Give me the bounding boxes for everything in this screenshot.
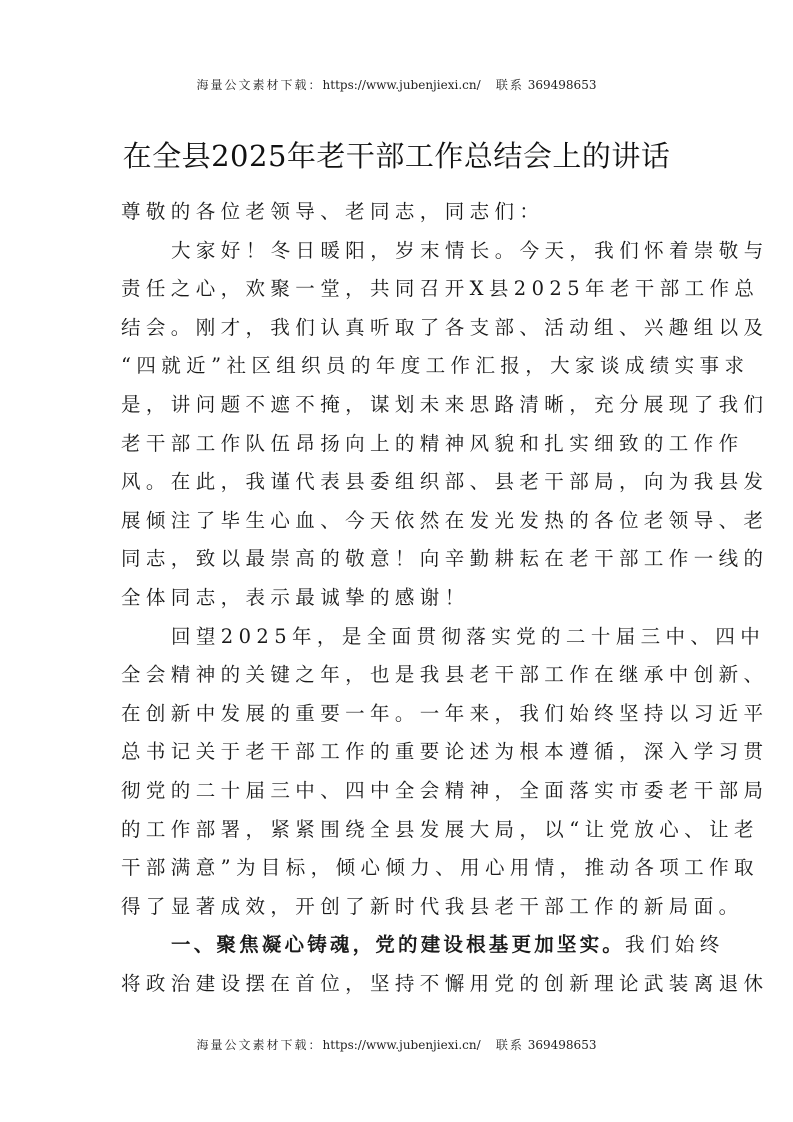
footer-url[interactable]: https://www.jubenjiexi.cn/ <box>323 1038 481 1052</box>
section-heading-tail: 我们始终 <box>625 933 725 956</box>
salutation: 尊敬的各位老领导、老同志，同志们： <box>121 193 673 232</box>
paragraph-line: 责任之心，欢聚一堂，共同召开X县2025年老干部工作总 <box>121 270 673 309</box>
footer-contact-number: 369498653 <box>528 1038 597 1052</box>
paragraph-line: 全体同志，表示最诚挚的感谢！ <box>121 579 673 618</box>
page-header: 海量公文素材下载：https://www.jubenjiexi.cn/ 联系 3… <box>0 76 793 93</box>
paragraph-line: 回望2025年，是全面贯彻落实党的二十届三中、四中 <box>121 618 673 657</box>
header-url[interactable]: https://www.jubenjiexi.cn/ <box>323 78 481 92</box>
paragraph-line: “四就近”社区组织员的年度工作汇报，大家谈成绩实事求 <box>121 347 673 386</box>
paragraph-line: 老干部工作队伍昂扬向上的精神风貌和扎实细致的工作作 <box>121 425 673 464</box>
section-heading: 一、聚焦凝心铸魂，党的建设根基更加坚实。 <box>171 933 625 956</box>
paragraph-line: 的工作部署，紧紧围绕全县发展大局，以“让党放心、让老 <box>121 811 673 850</box>
paragraph-line: 同志，致以最崇高的敬意！向辛勤耕耘在老干部工作一线的 <box>121 540 673 579</box>
document-body: 尊敬的各位老领导、老同志，同志们： 大家好！冬日暖阳，岁末情长。今天，我们怀着崇… <box>121 193 673 1003</box>
page-footer: 海量公文素材下载：https://www.jubenjiexi.cn/ 联系 3… <box>0 1036 793 1053</box>
paragraph-line: 结会。刚才，我们认真听取了各支部、活动组、兴趣组以及 <box>121 309 673 348</box>
paragraph-line: 风。在此，我谨代表县委组织部、县老干部局，向为我县发 <box>121 463 673 502</box>
document-title: 在全县2025年老干部工作总结会上的讲话 <box>0 134 793 175</box>
footer-download-label: 海量公文素材下载： <box>197 1038 323 1052</box>
header-contact-number: 369498653 <box>528 78 597 92</box>
paragraph-line: 总书记关于老干部工作的重要论述为根本遵循，深入学习贯 <box>121 733 673 772</box>
paragraph-line: 得了显著成效，开创了新时代我县老干部工作的新局面。 <box>121 888 673 927</box>
paragraph-line: 是，讲问题不遮不掩，谋划未来思路清晰，充分展现了我们 <box>121 386 673 425</box>
section-heading-line: 一、聚焦凝心铸魂，党的建设根基更加坚实。我们始终 <box>121 926 673 965</box>
paragraph-line: 全会精神的关键之年，也是我县老干部工作在继承中创新、 <box>121 656 673 695</box>
paragraph-line: 彻党的二十届三中、四中全会精神，全面落实市委老干部局 <box>121 772 673 811</box>
paragraph-line: 干部满意”为目标，倾心倾力、用心用情，推动各项工作取 <box>121 849 673 888</box>
paragraph-line: 展倾注了毕生心血、今天依然在发光发热的各位老领导、老 <box>121 502 673 541</box>
header-contact-label: 联系 <box>496 78 524 92</box>
paragraph-line: 大家好！冬日暖阳，岁末情长。今天，我们怀着崇敬与 <box>121 232 673 271</box>
header-download-label: 海量公文素材下载： <box>197 78 323 92</box>
paragraph-line: 将政治建设摆在首位，坚持不懈用党的创新理论武装离退休 <box>121 965 673 1004</box>
paragraph-line: 在创新中发展的重要一年。一年来，我们始终坚持以习近平 <box>121 695 673 734</box>
footer-contact-label: 联系 <box>496 1038 524 1052</box>
